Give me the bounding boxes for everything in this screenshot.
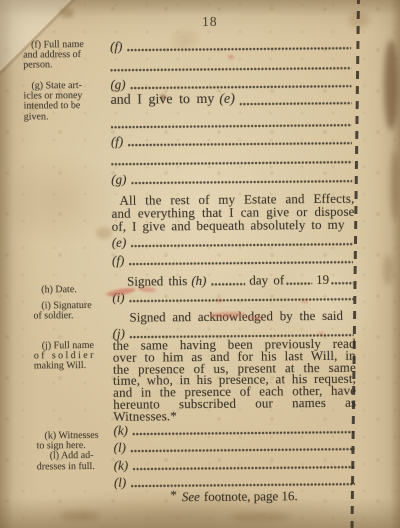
page-number: 18 (110, 13, 310, 31)
item-ref-h: (h) (191, 273, 206, 288)
dotted-rule (131, 448, 355, 453)
margin-note-line: making Will. (34, 361, 120, 372)
margin-note-f: (f) Full name and address of person. (23, 40, 109, 71)
day-of-text: day of (245, 272, 286, 287)
blank-line-e: (e) (112, 232, 353, 250)
item-ref-l: (l) (114, 475, 126, 490)
blank-line-f: (f) (112, 250, 353, 268)
dotted-rule (133, 466, 355, 471)
witness-address-line-1: (l) (114, 437, 355, 455)
give-to-text: and I give to my (110, 91, 214, 109)
dotted-rule (131, 483, 355, 488)
witness-signature-line-2: (k) (114, 455, 355, 473)
item-ref-g: (g) (111, 172, 126, 187)
year-prefix: 19 (312, 272, 331, 287)
dotted-rule (131, 180, 352, 185)
dotted-rule (211, 283, 245, 286)
margin-note-line: dresses in full. (37, 461, 117, 472)
margin-note-g: (g) State art- icles or money intended t… (23, 81, 109, 123)
item-ref-e: (e) (112, 235, 127, 250)
dotted-rule (240, 102, 352, 106)
dotted-rule (286, 282, 312, 285)
footnote-see-italic: See (182, 489, 200, 504)
signed-date-line: Signed this (h) day of 19 (112, 269, 353, 289)
dotted-rule (128, 142, 352, 147)
red-pencil-mark (228, 55, 234, 59)
footnote: *Seefootnote, page 16. (114, 488, 354, 506)
blank-line-g: (g) (111, 169, 352, 187)
dotted-rule (111, 161, 352, 166)
margin-note-line: of soldier. (33, 311, 119, 322)
margin-note-i: (i) Signature of soldier. (33, 301, 119, 322)
soldiers-will-form-page: 18 (f) Full name and address of person. … (0, 0, 400, 528)
blank-line (111, 150, 352, 168)
item-ref-k: (k) (113, 423, 128, 438)
margin-note-kl: (k) Witnesses to sign here. (l) Add ad- … (36, 431, 116, 473)
dotted-rule (130, 298, 354, 303)
page-content: 18 (f) Full name and address of person. … (0, 0, 400, 528)
dotted-rule (331, 282, 353, 285)
estate-bequest-paragraph: All the rest of my Estate and Effects, a… (111, 192, 354, 234)
footnote-asterisk: * (170, 487, 177, 502)
margin-note-j: (j) Full name of soldier making Will. (34, 341, 120, 372)
witness-attestation-paragraph: the same having been previously read ove… (113, 338, 357, 423)
red-pencil-mark (302, 300, 308, 303)
item-ref-f: (f) (111, 134, 123, 149)
item-ref-k: (k) (114, 458, 129, 473)
margin-note-line: person. (23, 60, 109, 71)
red-pencil-mark (216, 299, 222, 302)
dotted-rule (110, 67, 351, 72)
margin-note-line: given. (24, 111, 110, 122)
dotted-rule (131, 243, 353, 248)
blank-line-f: (f) (110, 36, 351, 54)
give-to-line: and I give to my (e) (110, 88, 351, 109)
dotted-rule (133, 431, 355, 436)
dotted-rule (111, 124, 352, 129)
item-ref-e: (e) (219, 91, 235, 108)
blank-line (111, 113, 352, 131)
footnote-text: footnote, page 16. (204, 488, 298, 504)
dotted-rule (129, 261, 353, 266)
item-ref-f: (f) (112, 253, 124, 268)
red-pencil-mark (318, 332, 324, 335)
item-ref-l: (l) (114, 440, 126, 455)
witness-signature-line-1: (k) (113, 420, 354, 438)
blank-line-f: (f) (111, 131, 352, 149)
dotted-rule (127, 47, 351, 52)
item-ref-f: (f) (110, 39, 122, 54)
